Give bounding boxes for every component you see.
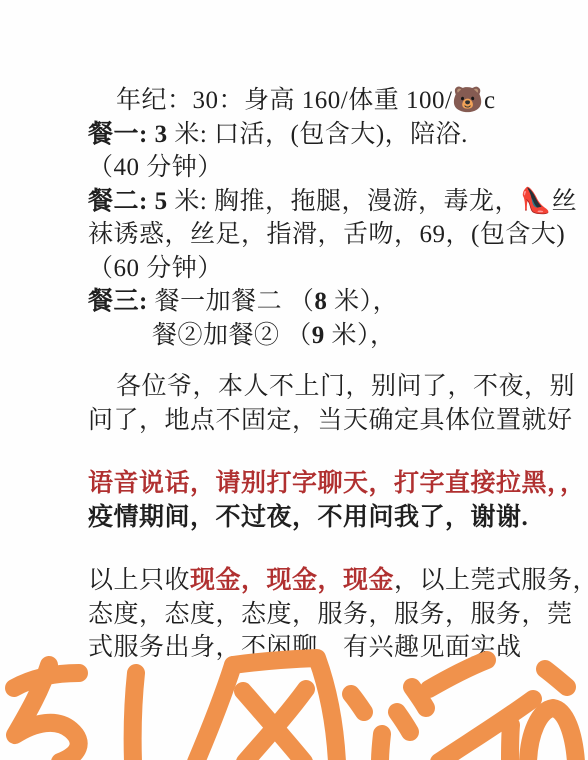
- watermark-51fengliu: [0, 648, 588, 760]
- text-run: 袜诱惑，丝足，指滑，舌吻，69，(包含大): [88, 221, 565, 248]
- text-run: ，以上莞式服务，: [394, 567, 588, 594]
- high-heel-emoji-icon: 👠: [520, 188, 552, 215]
- text-line: 问了，地点不固定，当天确定具体位置就好: [88, 404, 554, 438]
- text-run: 语音说话，请别打字聊天，打字直接拉黑，，: [88, 470, 586, 497]
- text-run: 餐三:: [88, 288, 155, 315]
- watermark-char-liu: [397, 712, 410, 732]
- text-line: 餐一: 3 米: 口活，(包含大)，陪浴.: [88, 118, 554, 152]
- watermark-char-liu: [380, 734, 382, 760]
- watermark-char-feng: [196, 665, 233, 760]
- text-run: 问了，地点不固定，当天确定具体位置就好: [88, 407, 573, 434]
- text-line: （40 分钟）: [88, 151, 554, 185]
- text-line: 袜诱惑，丝足，指滑，舌吻，69，(包含大): [88, 218, 554, 252]
- watermark-char-liu: [351, 694, 364, 712]
- text-run: 米: 胸推，拖腿，漫游，毒龙，: [168, 188, 520, 215]
- text-run: 餐一: 3: [88, 121, 168, 148]
- text-line: 以上只收现金，现金，现金，以上莞式服务，: [88, 564, 554, 598]
- bear-emoji-icon: 🐻: [452, 87, 484, 114]
- text-line: （60 分钟）: [88, 252, 554, 286]
- watermark-char-liu: [439, 699, 533, 760]
- text-run: （40 分钟）: [88, 154, 223, 181]
- watermark-char-feng: [245, 689, 306, 760]
- text-run: 各位爷，本人不上门，别问了，不夜，别: [116, 373, 575, 400]
- text-run: 态度，态度，态度，服务，服务，服务，莞: [88, 601, 573, 628]
- watermark-digit-5: [14, 673, 79, 688]
- text-line: 语音说话，请别打字聊天，打字直接拉黑，，: [88, 467, 554, 501]
- text-line: 餐②加餐② （9 米），: [88, 319, 554, 353]
- text-line: 式服务出身，不闲聊，有兴趣见面实战: [88, 631, 554, 665]
- text-run: 米），: [327, 288, 398, 315]
- text-run: 米: 口活，(包含大)，陪浴.: [168, 121, 468, 148]
- text-run: （60 分钟）: [88, 255, 223, 282]
- text-line: 年纪：30：身高 160/体重 100/🐻c: [88, 84, 554, 118]
- watermark-digit-1: [133, 673, 136, 760]
- text-run: 米），: [325, 322, 396, 349]
- text-run: 8: [314, 288, 327, 315]
- watermark-char-liu: [545, 669, 567, 687]
- watermark-char-feng: [243, 691, 304, 760]
- text-run: 式服务出身，不闲聊，有兴趣见面实战: [88, 634, 522, 661]
- paragraph-payment: 以上只收现金，现金，现金，以上莞式服务，态度，态度，态度，服务，服务，服务，莞式…: [88, 564, 554, 665]
- text-line: 餐三: 餐一加餐二 （8 米），: [88, 285, 554, 319]
- text-run: c: [484, 87, 496, 114]
- paragraph-pricing: 年纪：30：身高 160/体重 100/🐻c餐一: 3 米: 口活，(包含大)，…: [88, 84, 554, 352]
- text-run: 以上只收: [88, 567, 190, 594]
- watermark-char-liu: [510, 725, 511, 760]
- text-line: 各位爷，本人不上门，别问了，不夜，别: [88, 370, 554, 404]
- paragraph-contact-warning: 语音说话，请别打字聊天，打字直接拉黑，，疫情期间，不过夜，不用问我了，谢谢.: [88, 467, 554, 534]
- paragraph-availability: 各位爷，本人不上门，别问了，不夜，别问了，地点不固定，当天确定具体位置就好: [88, 370, 554, 437]
- document-body: 年纪：30：身高 160/体重 100/🐻c餐一: 3 米: 口活，(包含大)，…: [88, 84, 554, 665]
- watermark-char-feng: [233, 658, 337, 760]
- watermark-digit-5: [15, 665, 79, 760]
- text-run: 疫情期间，不过夜，不用问我了，谢谢.: [88, 504, 528, 531]
- watermark-char-liu: [528, 708, 576, 760]
- text-run: 9: [312, 322, 325, 349]
- text-run: 餐一加餐二 （: [155, 288, 315, 315]
- page: { "colors": { "text": "#1f1f1f", "red": …: [0, 0, 588, 760]
- text-run: 餐二: 5: [88, 188, 168, 215]
- text-line: 餐二: 5 米: 胸推，拖腿，漫游，毒龙，👠丝: [88, 185, 554, 219]
- watermark-char-liu: [412, 687, 426, 708]
- text-run: 餐②加餐② （: [152, 322, 312, 349]
- text-line: 疫情期间，不过夜，不用问我了，谢谢.: [88, 501, 554, 535]
- text-run: 年纪：30：身高 160/体重 100/: [116, 87, 452, 114]
- text-run: 现金，现金，现金: [190, 567, 394, 594]
- text-run: 丝: [552, 188, 578, 215]
- text-line: 态度，态度，态度，服务，服务，服务，莞: [88, 598, 554, 632]
